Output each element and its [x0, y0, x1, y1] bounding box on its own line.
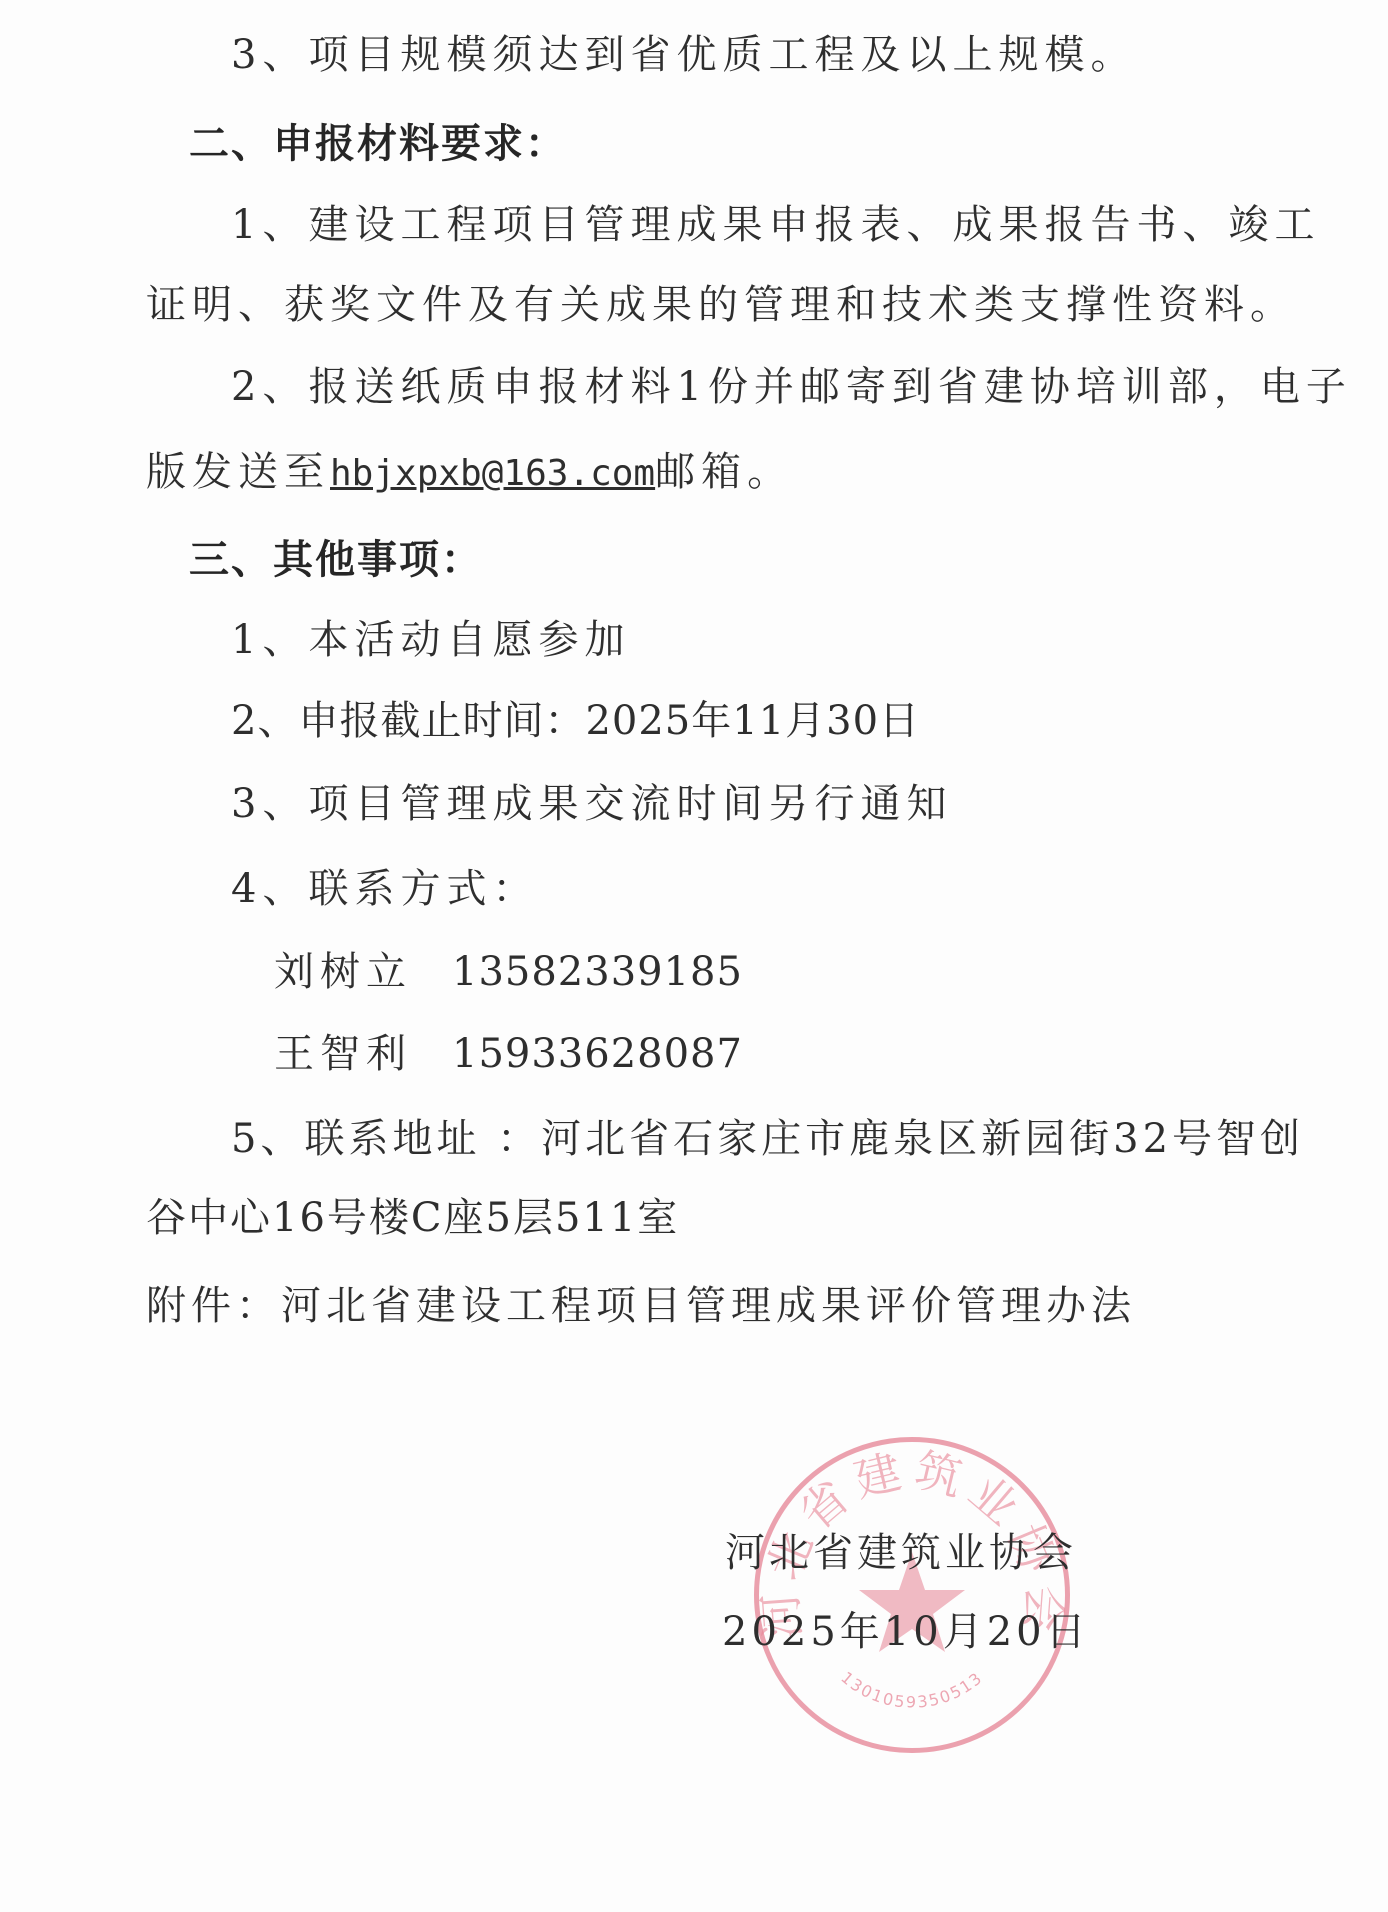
signature-organization: 河北省建筑业协会	[725, 1528, 1077, 1578]
other-item-3: 3、项目管理成果交流时间另行通知	[231, 779, 952, 829]
contact-row: 王智利15933628087	[274, 1029, 743, 1079]
signature-date: 2025年10月20日	[722, 1607, 1090, 1657]
other-item-4-contact-heading: 4、联系方式：	[231, 864, 538, 914]
attachment-line: 附件：河北省建设工程项目管理成果评价管理办法	[146, 1281, 1136, 1331]
official-seal-stamp: 河北省建筑业协会 1301059350513	[754, 1437, 1070, 1753]
email-suffix: 邮箱。	[655, 449, 793, 495]
other-item-5-address-line2: 谷中心16号楼C座5层511室	[146, 1193, 679, 1243]
seal-icon: 河北省建筑业协会 1301059350513	[759, 1442, 1065, 1748]
section-heading-materials: 二、申报材料要求：	[189, 119, 567, 169]
materials-item-2-line1: 2、报送纸质申报材料1份并邮寄到省建协培训部，电子	[231, 362, 1352, 412]
other-item-1: 1、本活动自愿参加	[231, 615, 630, 665]
materials-item-1-line1: 1、建设工程项目管理成果申报表、成果报告书、竣工	[231, 200, 1320, 250]
materials-item-2-line2: 版发送至hbjxpxb@163.com邮箱。	[146, 447, 793, 499]
email-link[interactable]: hbjxpxb@163.com	[330, 453, 655, 494]
other-item-5-address-line1: 5、联系地址 ：河北省石家庄市鹿泉区新园街32号智创	[231, 1114, 1304, 1164]
section-heading-other: 三、其他事项：	[189, 535, 483, 585]
materials-item-1-line2: 证明、获奖文件及有关成果的管理和技术类支撑性资料。	[146, 280, 1296, 330]
contact-phone: 15933628087	[452, 1031, 743, 1077]
other-item-2-deadline: 2、申报截止时间：2025年11月30日	[231, 696, 920, 746]
email-prefix: 版发送至	[146, 449, 330, 495]
svg-text:1301059350513: 1301059350513	[837, 1668, 986, 1712]
requirement-item-3: 3、项目规模须达到省优质工程及以上规模。	[231, 30, 1136, 80]
contact-phone: 13582339185	[452, 949, 743, 995]
contact-name: 刘树立	[274, 949, 412, 995]
contact-row: 刘树立13582339185	[274, 947, 743, 997]
contact-name: 王智利	[274, 1031, 412, 1077]
